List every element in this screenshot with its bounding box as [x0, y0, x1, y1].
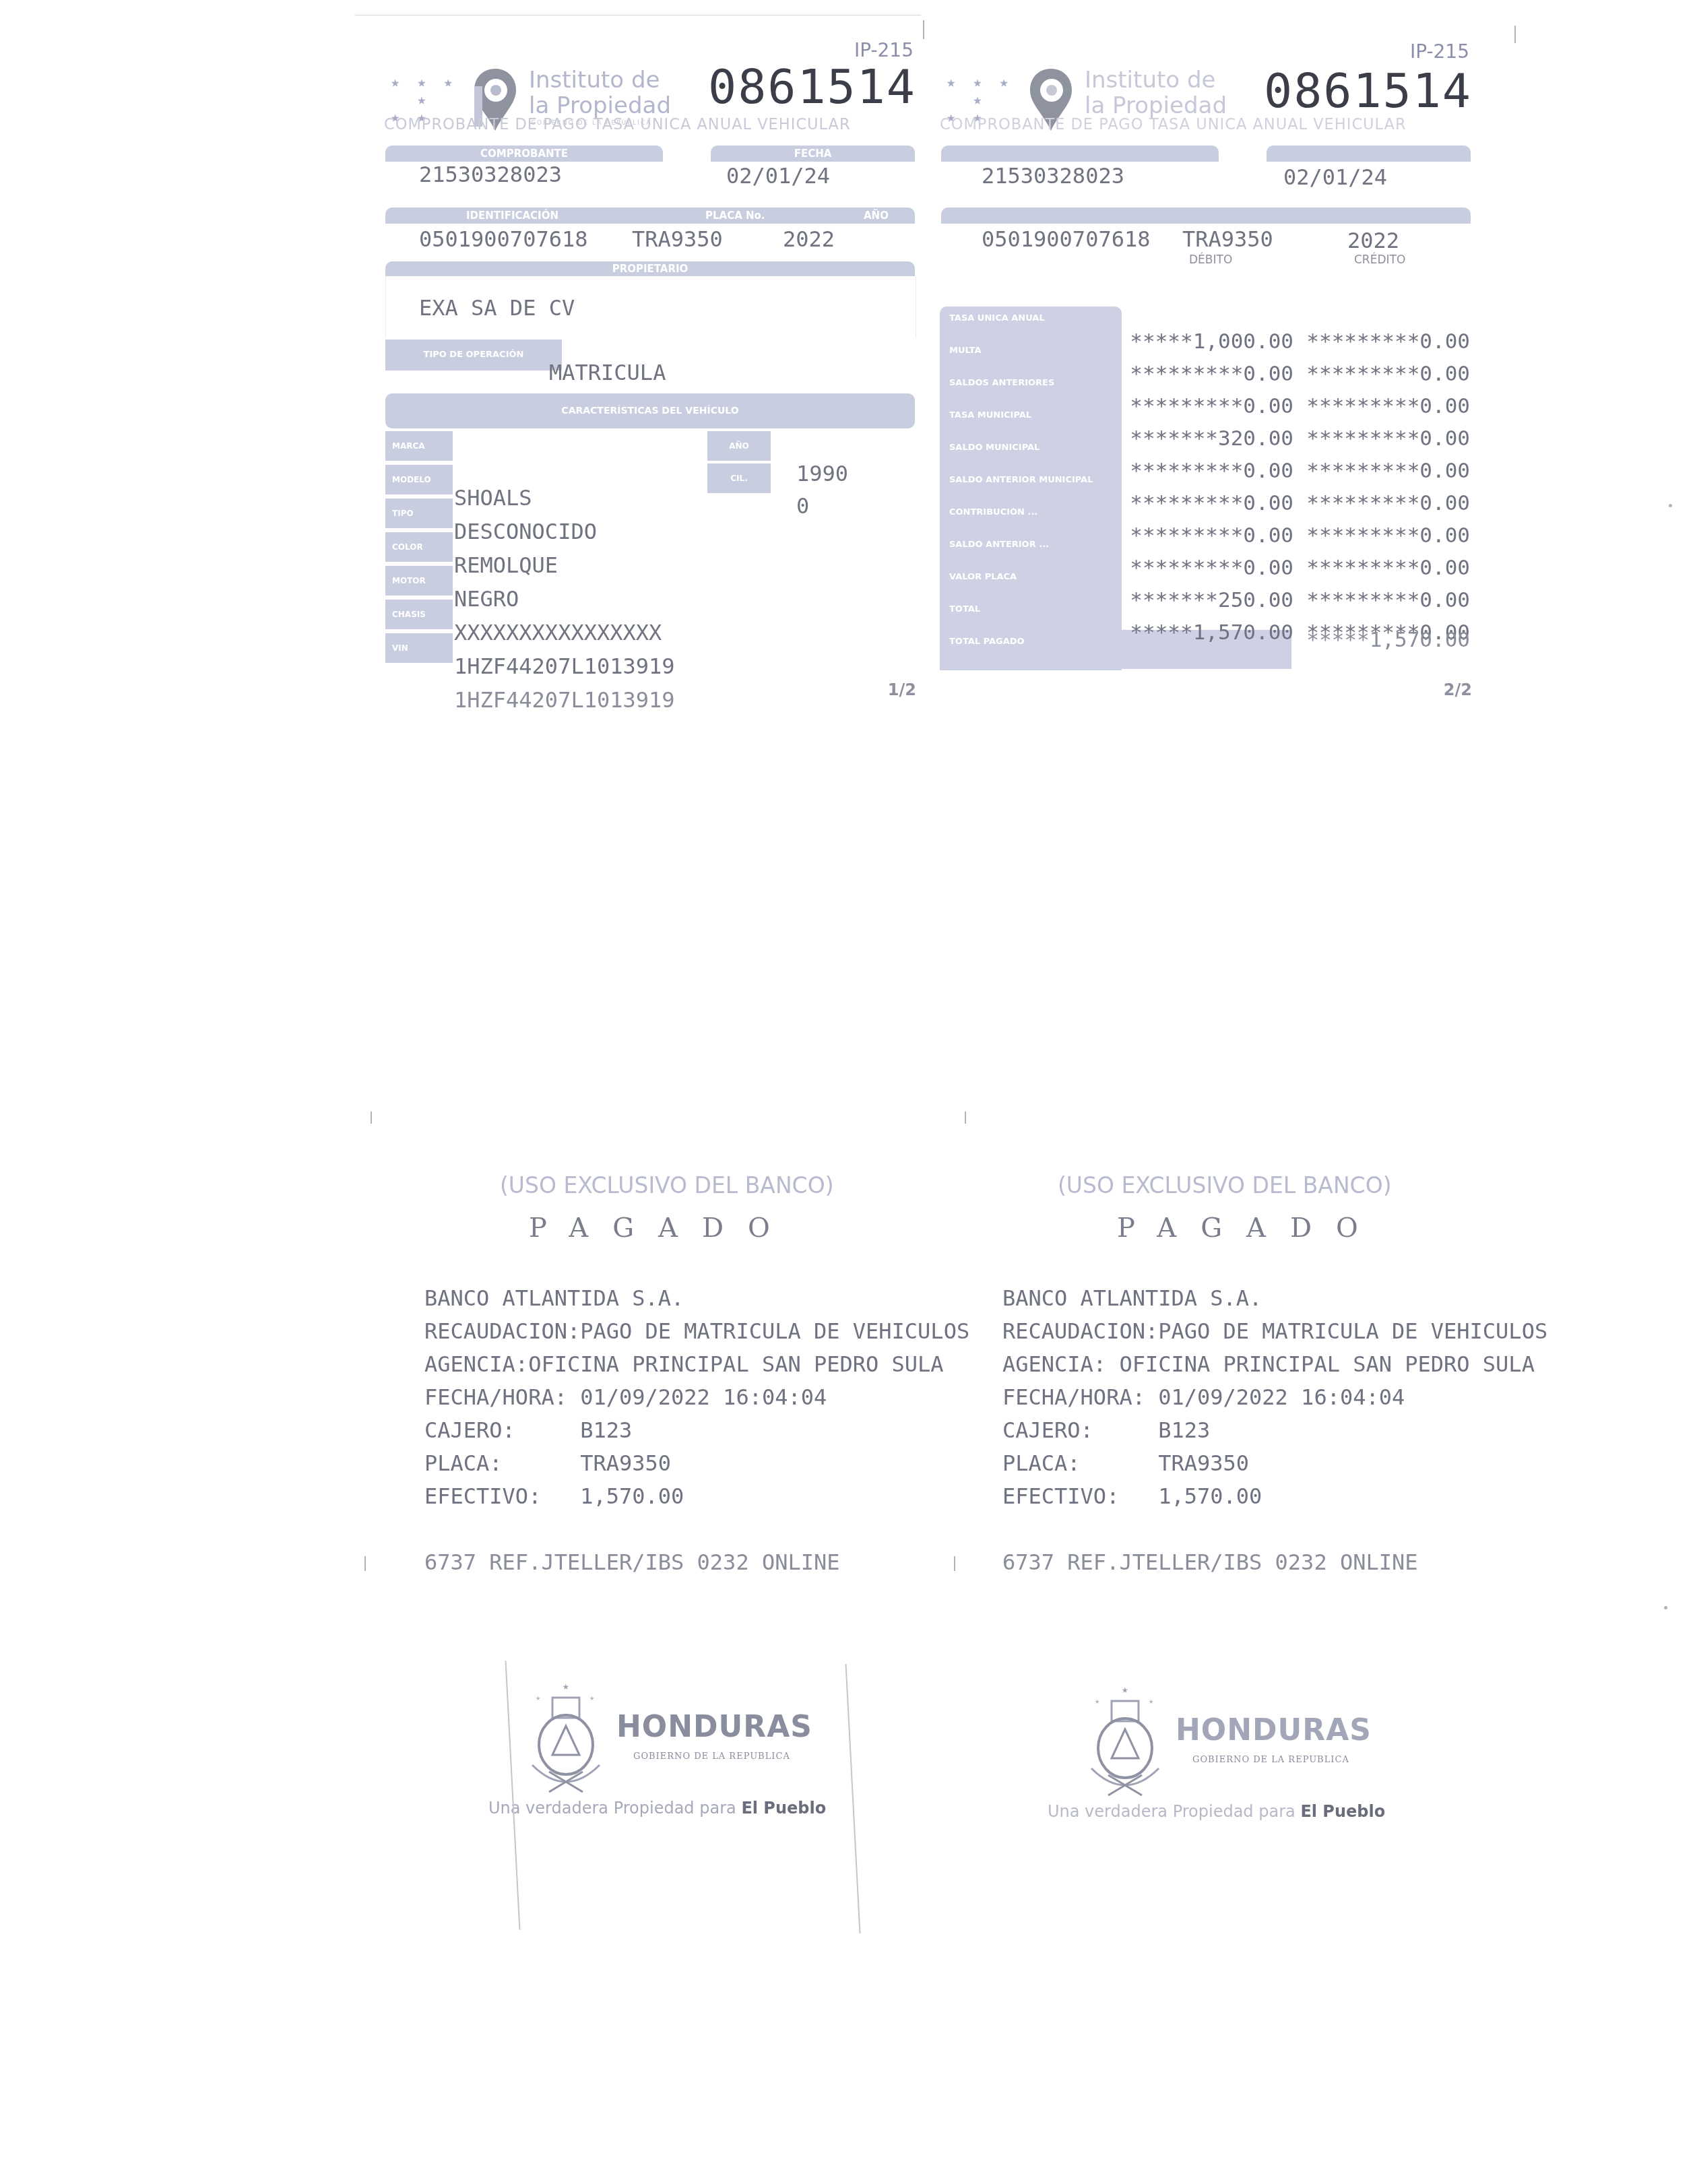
vehicle-field-label: MOTOR: [385, 566, 453, 596]
scan-mark: [954, 1556, 955, 1571]
fee-label: SALDO ANTERIOR MUNICIPAL: [949, 475, 1118, 485]
receipt-card-page-1: ★★★ ★★★ Instituto de la Propiedad GOBIER…: [384, 34, 916, 701]
bank-receipt-line: PLACA: TRA9350: [1002, 1450, 1249, 1476]
fee-debito-value: *********0.00: [1122, 459, 1293, 483]
identificacion-band: [941, 207, 1471, 224]
vehiculo-anio-value: 1990: [796, 461, 848, 486]
bank-reference: 6737 REF.JTELLER/IBS 0232 ONLINE: [424, 1549, 840, 1575]
vehiculo-cil-label: CIL.: [707, 463, 771, 493]
bank-receipt-line: CAJERO: B123: [1002, 1417, 1210, 1443]
scan-mark: [371, 1112, 372, 1124]
vehicle-field-label: MODELO: [385, 465, 453, 494]
stamp-country: HONDURAS: [616, 1710, 812, 1744]
fee-credito-value: *********0.00: [1298, 362, 1470, 386]
scan-line: [355, 15, 921, 15]
scan-mark: [965, 1112, 966, 1124]
bank-use-header: (USO EXCLUSIVO DEL BANCO): [1058, 1172, 1392, 1198]
vehicle-field-label: MARCA: [385, 431, 453, 461]
anio-value: 2022: [783, 226, 835, 252]
identificacion-band: IDENTIFICACIÓN PLACA No. AÑO: [385, 207, 915, 224]
fee-label: TASA UNICA ANUAL: [949, 313, 1118, 323]
svg-text:★: ★: [536, 1693, 540, 1702]
vehiculo-anio-label: AÑO: [707, 431, 771, 461]
bank-receipt-line: RECAUDACION:PAGO DE MATRICULA DE VEHICUL…: [1002, 1318, 1547, 1344]
vehicle-field-value: SHOALS: [454, 485, 532, 511]
scan-dot: [1669, 504, 1672, 507]
credito-column-header: CRÉDITO: [1354, 253, 1405, 267]
fecha-value: 02/01/24: [1283, 164, 1387, 190]
bank-receipt-line: FECHA/HORA: 01/09/2022 16:04:04: [424, 1384, 827, 1410]
vin-repeat-value: 1HZF44207L1013919: [454, 687, 675, 713]
svg-text:★: ★: [563, 1679, 569, 1692]
vehicle-field-value: 1HZF44207L1013919: [454, 653, 675, 679]
placa-value: TRA9350: [1182, 226, 1273, 252]
issuer-name: Instituto de la Propiedad: [529, 67, 671, 119]
fee-label: SALDOS ANTERIORES: [949, 378, 1118, 388]
fee-labels-panel: [940, 307, 1122, 670]
fee-credito-value: *********0.00: [1298, 556, 1470, 580]
svg-text:★: ★: [1095, 1696, 1099, 1706]
caracteristicas-label: CARACTERÍSTICAS DEL VEHÍCULO: [385, 393, 915, 428]
fee-debito-value: *********0.00: [1122, 362, 1293, 386]
bank-receipt-line: CAJERO: B123: [424, 1417, 632, 1443]
bank-receipt-line: BANCO ATLANTIDA S.A.: [424, 1285, 684, 1311]
paid-status: PAGADO: [529, 1213, 794, 1244]
stamp-motto: Una verdadera Propiedad para El Pueblo: [1048, 1802, 1385, 1821]
fee-debito-value: *********0.00: [1122, 394, 1293, 418]
fee-debito-value: *********0.00: [1122, 523, 1293, 548]
comprobante-value: 21530328023: [982, 163, 1124, 189]
issuer-name-line2: la Propiedad: [1085, 93, 1227, 119]
vehicle-field-value: DESCONOCIDO: [454, 519, 597, 544]
tipo-operacion-label: TIPO DE OPERACIÓN: [385, 340, 562, 371]
bank-receipt-line: EFECTIVO: 1,570.00: [1002, 1483, 1262, 1509]
stamp-country: HONDURAS: [1176, 1713, 1372, 1747]
bank-use-header: (USO EXCLUSIVO DEL BANCO): [500, 1172, 834, 1198]
stamp-motto-text: Una verdadera Propiedad para: [488, 1799, 741, 1818]
svg-text:★: ★: [1122, 1683, 1128, 1696]
fee-credito-value: *********0.00: [1298, 523, 1470, 548]
identificacion-label: IDENTIFICACIÓN: [466, 207, 558, 224]
fee-label: CONTRIBUCIÓN ...: [949, 507, 1118, 517]
fee-debito-value: *****1,570.00: [1122, 620, 1293, 645]
debito-column-header: DÉBITO: [1189, 253, 1232, 267]
stamp-motto-emphasis: El Pueblo: [741, 1799, 826, 1818]
bank-reference: 6737 REF.JTELLER/IBS 0232 ONLINE: [1002, 1549, 1418, 1575]
propietario-value: EXA SA DE CV: [419, 295, 575, 321]
fee-label: VALOR PLACA: [949, 572, 1118, 582]
svg-text:★: ★: [1149, 1696, 1153, 1706]
bank-receipt-line: EFECTIVO: 1,570.00: [424, 1483, 684, 1509]
page-number: 2/2: [1444, 680, 1472, 699]
stamp-motto-text: Una verdadera Propiedad para: [1048, 1802, 1300, 1821]
fee-label: TASA MUNICIPAL: [949, 410, 1118, 420]
total-pagado-value: *****1,570.00: [1298, 628, 1470, 652]
fee-label: MULTA: [949, 346, 1118, 356]
issuer-name-line1: Instituto de: [1085, 67, 1227, 93]
scan-dot: [1664, 1606, 1667, 1609]
form-code: IP-215: [1410, 40, 1469, 63]
issuer-name-line2: la Propiedad: [529, 93, 671, 119]
fee-credito-value: *********0.00: [1298, 459, 1470, 483]
document-title: COMPROBANTE DE PAGO TASA UNICA ANUAL VEH…: [940, 116, 1472, 133]
stamp-government: GOBIERNO DE LA REPUBLICA: [1192, 1755, 1349, 1765]
government-stamp: ★★★HONDURASGOBIERNO DE LA REPUBLICAUna v…: [1048, 1661, 1425, 1876]
issuer-name: Instituto de la Propiedad: [1085, 67, 1227, 119]
vehicle-field-value: REMOLQUE: [454, 552, 558, 578]
bank-receipt-line: RECAUDACION:PAGO DE MATRICULA DE VEHICUL…: [424, 1318, 969, 1344]
fecha-value: 02/01/24: [726, 163, 830, 189]
fecha-band: [1267, 146, 1471, 162]
comprobante-band: [941, 146, 1219, 162]
vehicle-field-label: VIN: [385, 633, 453, 663]
vehicle-field-value: XXXXXXXXXXXXXXXX: [454, 620, 662, 645]
bank-receipt-line: AGENCIA:OFICINA PRINCIPAL SAN PEDRO SULA: [424, 1351, 944, 1377]
fecha-label: FECHA: [711, 146, 915, 162]
placa-value: TRA9350: [632, 226, 723, 252]
page-number: 1/2: [888, 680, 916, 699]
fee-label: SALDO MUNICIPAL: [949, 443, 1118, 453]
form-code: IP-215: [854, 39, 914, 61]
scan-mark: [923, 20, 924, 39]
identificacion-value: 0501900707618: [419, 226, 587, 252]
bank-receipt-line: AGENCIA: OFICINA PRINCIPAL SAN PEDRO SUL…: [1002, 1351, 1535, 1377]
propietario-label: PROPIETARIO: [385, 261, 915, 276]
coat-of-arms-icon: ★★★: [1075, 1681, 1176, 1802]
total-pagado-label: TOTAL PAGADO: [949, 637, 1118, 647]
stamp-motto: Una verdadera Propiedad para El Pueblo: [488, 1799, 826, 1818]
serial-number: 0861514: [1264, 63, 1472, 119]
fee-credito-value: *********0.00: [1298, 588, 1470, 612]
fee-label: SALDO ANTERIOR ...: [949, 540, 1118, 550]
placa-label: PLACA No.: [705, 207, 765, 224]
scan-mark: [364, 1556, 366, 1571]
vehicle-field-label: COLOR: [385, 532, 453, 562]
vehiculo-cil-value: 0: [796, 493, 809, 519]
anio-label: AÑO: [864, 207, 889, 224]
vehicle-field-label: TIPO: [385, 499, 453, 528]
issuer-name-line1: Instituto de: [529, 67, 671, 93]
fee-credito-value: *********0.00: [1298, 491, 1470, 515]
paid-status: PAGADO: [1117, 1213, 1382, 1244]
bank-receipt-line: FECHA/HORA: 01/09/2022 16:04:04: [1002, 1384, 1405, 1410]
fee-debito-value: *****1,000.00: [1122, 329, 1293, 354]
fee-debito-value: *******250.00: [1122, 588, 1293, 612]
coat-of-arms-icon: ★★★: [515, 1677, 616, 1799]
bank-receipt: (USO EXCLUSIVO DEL BANCO)PAGADOBANCO ATL…: [424, 1172, 977, 1644]
anio-value: 2022: [1347, 228, 1399, 253]
government-stamp: ★★★HONDURASGOBIERNO DE LA REPUBLICAUna v…: [488, 1657, 866, 1873]
fee-label: TOTAL: [949, 604, 1118, 614]
bank-receipt-line: PLACA: TRA9350: [424, 1450, 671, 1476]
svg-text:★: ★: [589, 1693, 594, 1702]
stamp-motto-emphasis: El Pueblo: [1300, 1802, 1385, 1821]
fee-debito-value: *********0.00: [1122, 491, 1293, 515]
serial-number: 0861514: [708, 59, 916, 115]
identificacion-value: 0501900707618: [982, 226, 1150, 252]
fee-debito-value: *********0.00: [1122, 556, 1293, 580]
fee-debito-value: *******320.00: [1122, 426, 1293, 451]
bank-receipt-line: BANCO ATLANTIDA S.A.: [1002, 1285, 1262, 1311]
receipt-card-page-2: ★★★ ★★★ Instituto de la Propiedad IP-215…: [940, 34, 1472, 701]
vehicle-field-label: CHASIS: [385, 600, 453, 629]
fee-credito-value: *********0.00: [1298, 329, 1470, 354]
stamp-government: GOBIERNO DE LA REPUBLICA: [633, 1752, 790, 1762]
fee-credito-value: *********0.00: [1298, 426, 1470, 451]
comprobante-label: COMPROBANTE: [385, 146, 663, 162]
scan-mark: [1514, 26, 1516, 43]
tipo-operacion-value: MATRICULA: [549, 360, 666, 385]
bank-receipt: (USO EXCLUSIVO DEL BANCO)PAGADOBANCO ATL…: [1002, 1172, 1555, 1644]
comprobante-value: 21530328023: [419, 162, 562, 187]
vehicle-field-value: NEGRO: [454, 586, 519, 612]
fee-credito-value: *********0.00: [1298, 394, 1470, 418]
document-title: COMPROBANTE DE PAGO TASA UNICA ANUAL VEH…: [384, 116, 916, 133]
